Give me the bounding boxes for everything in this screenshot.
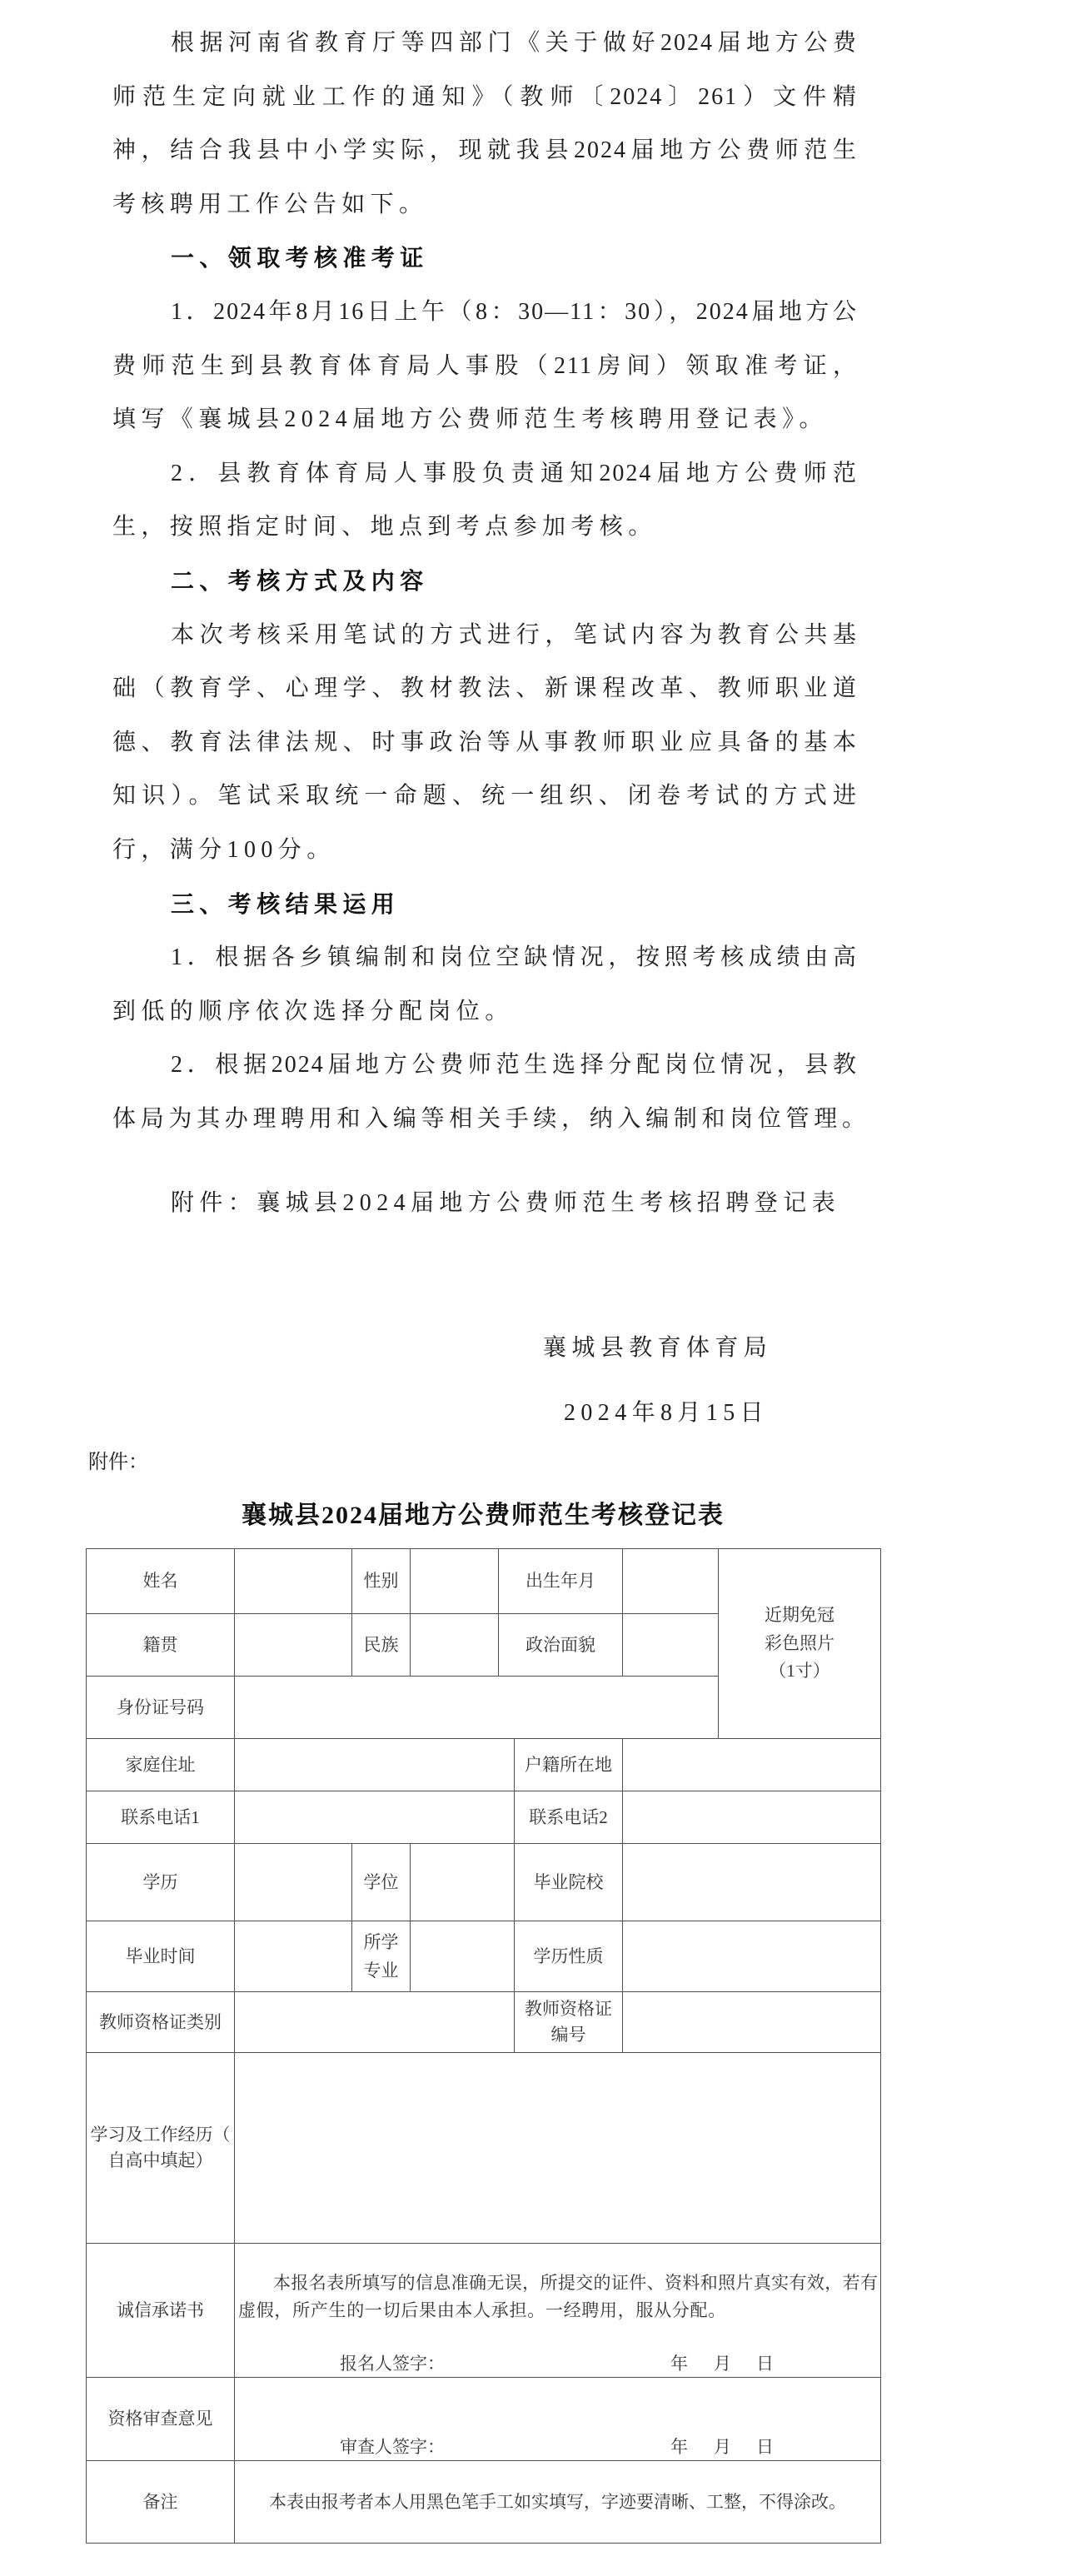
field-cert-number: [623, 1992, 881, 2053]
applicant-date-year: 年: [670, 2350, 688, 2378]
label-graduate-school: 毕业院校: [515, 1844, 623, 1921]
label-major-line: 所学: [352, 1928, 410, 1956]
form-row-history: 学习及工作经历（ 自高中填起）: [87, 2053, 881, 2244]
reviewer-signature-label: 审查人签字：: [340, 2434, 445, 2461]
field-education-type: [623, 1921, 881, 1992]
label-name: 姓名: [87, 1549, 235, 1614]
label-native-place: 籍贯: [87, 1614, 235, 1677]
notice-line: 1．2024年8月16日上午（8：30—11：30），2024届地方公: [112, 286, 858, 340]
notice-line: 知识）。笔试采取统一命题、统一组织、闭卷考试的方式进: [112, 770, 858, 824]
field-phone1: [235, 1791, 515, 1844]
label-major: 所学 专业: [352, 1921, 411, 1992]
notice-line: 础（教育学、心理学、教材教法、新课程改革、教师职业道: [112, 662, 858, 716]
integrity-statement: 本报名表所填写的信息准确无误，所提交的证件、资料和照片真实有效，若有 虚假，所产…: [238, 2270, 878, 2324]
notice-line: 2．县教育体育局人事股负责通知2024届地方公费师范: [112, 447, 858, 501]
issue-date: 2024年8月15日: [564, 1387, 769, 1440]
label-political-status: 政治面貌: [499, 1614, 623, 1677]
label-review: 资格审查意见: [87, 2378, 235, 2461]
notice-line: 体局为其办理聘用和入编等相关手续，纳入编制和岗位管理。: [112, 1093, 867, 1147]
notice-line: 本次考核采用笔试的方式进行，笔试内容为教育公共基: [112, 609, 858, 663]
notice-line: 生，按照指定时间、地点到考点参加考核。: [112, 501, 858, 555]
label-gender: 性别: [352, 1549, 411, 1614]
label-birth: 出生年月: [499, 1549, 623, 1614]
label-history-line: 学习及工作经历（: [87, 2122, 234, 2148]
form-row-address: 家庭住址 户籍所在地: [87, 1739, 881, 1791]
notice-line: 行，满分100分。: [112, 824, 858, 878]
review-date-year: 年: [670, 2434, 688, 2461]
applicant-signature-label: 报名人签字：: [340, 2350, 445, 2378]
field-history: [235, 2053, 881, 2244]
integrity-statement-line: 虚假，所产生的一切后果由本人承担。一经聘用，服从分配。: [238, 2297, 878, 2324]
notice-line: 费师范生到县教育体育局人事股（211房间）领取准考证，: [112, 340, 858, 394]
label-cert-number: 教师资格证 编号: [515, 1992, 623, 2053]
label-cert-number-line: 编号: [515, 2022, 622, 2048]
label-history-line: 自高中填起）: [87, 2148, 234, 2174]
field-gender: [411, 1549, 499, 1614]
integrity-statement-line: 本报名表所填写的信息准确无误，所提交的证件、资料和照片真实有效，若有: [238, 2270, 878, 2297]
form-row-certificate: 教师资格证类别 教师资格证 编号: [87, 1992, 881, 2053]
notice-line: 2．根据2024届地方公费师范生选择分配岗位情况，县教: [112, 1039, 858, 1093]
form-row-remarks: 备注 本表由报考者本人用黑色笔手工如实填写，字迹要清晰、工整，不得涂改。: [87, 2461, 881, 2544]
label-degree: 学位: [352, 1844, 411, 1921]
form-row-education: 学历 学位 毕业院校: [87, 1844, 881, 1921]
label-id-number: 身份证号码: [87, 1677, 235, 1739]
field-name: [235, 1549, 352, 1614]
applicant-date-month: 月: [714, 2350, 731, 2378]
issuer-signature: 襄城县教育体育局: [543, 1322, 772, 1375]
field-cert-type: [235, 1992, 515, 2053]
photo-note-line: 近期免冠: [719, 1602, 880, 1630]
label-education: 学历: [87, 1844, 235, 1921]
form-row-phone: 联系电话1 联系电话2: [87, 1791, 881, 1844]
attachment-note: 附件：襄城县2024届地方公费师范生考核招聘登记表: [171, 1177, 840, 1230]
photo-note-line: 彩色照片: [719, 1630, 880, 1658]
photo-cell: 近期免冠 彩色照片 （1寸）: [719, 1549, 881, 1739]
integrity-content: 本报名表所填写的信息准确无误，所提交的证件、资料和照片真实有效，若有 虚假，所产…: [235, 2244, 881, 2378]
field-native-place: [235, 1614, 352, 1677]
field-id-number: [235, 1677, 719, 1739]
notice-line: 填写《襄城县2024届地方公费师范生考核聘用登记表》。: [112, 393, 858, 447]
notice-line: 到低的顺序依次选择分配岗位。: [112, 985, 858, 1039]
form-title: 襄城县2024届地方公费师范生考核登记表: [86, 1499, 880, 1532]
field-graduate-school: [623, 1844, 881, 1921]
notice-line: 师范生定向就业工作的通知》（教师〔2024〕261）文件精: [112, 71, 858, 125]
applicant-date-day: 日: [756, 2350, 774, 2378]
field-birth: [623, 1549, 719, 1614]
remarks-text: 本表由报考者本人用黑色笔手工如实填写，字迹要清晰、工整，不得涂改。: [235, 2461, 881, 2544]
registration-form-table: 姓名 性别 出生年月 近期免冠 彩色照片 （1寸） 籍贯 民族 政治面貌 身份证…: [86, 1548, 881, 2544]
review-box: 审查人签字： 年 月 日: [235, 2379, 880, 2460]
section-heading-1: 一、领取考核准考证: [112, 232, 858, 286]
attachment-label: 附件：: [88, 1449, 148, 1476]
notice-body: 根据河南省教育厅等四部门《关于做好2024届地方公费 师范生定向就业工作的通知》…: [112, 17, 858, 1146]
label-cert-number-line: 教师资格证: [515, 1996, 622, 2022]
section-heading-3: 三、考核结果运用: [112, 878, 858, 932]
label-household-registration: 户籍所在地: [515, 1739, 623, 1791]
field-education: [235, 1844, 352, 1921]
label-phone2: 联系电话2: [515, 1791, 623, 1844]
label-education-type: 学历性质: [515, 1921, 623, 1992]
form-row-integrity: 诚信承诺书 本报名表所填写的信息准确无误，所提交的证件、资料和照片真实有效，若有…: [87, 2244, 881, 2378]
label-history: 学习及工作经历（ 自高中填起）: [87, 2053, 235, 2244]
notice-line: 1．根据各乡镇编制和岗位空缺情况，按照考核成绩由高: [112, 931, 858, 985]
field-graduation-time: [235, 1921, 352, 1992]
field-major: [411, 1921, 515, 1992]
field-phone2: [623, 1791, 881, 1844]
label-integrity: 诚信承诺书: [87, 2244, 235, 2378]
label-major-line: 专业: [352, 1956, 410, 1985]
notice-line: 考核聘用工作公告如下。: [112, 178, 858, 232]
label-phone1: 联系电话1: [87, 1791, 235, 1844]
field-political-status: [623, 1614, 719, 1677]
notice-line: 神，结合我县中小学实际，现就我县2024届地方公费师范生: [112, 124, 858, 178]
field-household-registration: [623, 1739, 881, 1791]
field-home-address: [235, 1739, 515, 1791]
label-home-address: 家庭住址: [87, 1739, 235, 1791]
label-graduation-time: 毕业时间: [87, 1921, 235, 1992]
section-heading-2: 二、考核方式及内容: [112, 555, 858, 609]
photo-note-line: （1寸）: [719, 1657, 880, 1686]
form-row-review: 资格审查意见 审查人签字： 年 月 日: [87, 2378, 881, 2461]
label-remarks: 备注: [87, 2461, 235, 2544]
form-row-graduation: 毕业时间 所学 专业 学历性质: [87, 1921, 881, 1992]
form-row-name: 姓名 性别 出生年月 近期免冠 彩色照片 （1寸）: [87, 1549, 881, 1614]
review-content: 审查人签字： 年 月 日: [235, 2378, 881, 2461]
review-date-month: 月: [714, 2434, 731, 2461]
field-ethnicity: [411, 1614, 499, 1677]
label-ethnicity: 民族: [352, 1614, 411, 1677]
review-date-day: 日: [756, 2434, 774, 2461]
notice-line: 德、教育法律法规、时事政治等从事教师职业应具备的基本: [112, 716, 858, 770]
label-cert-type: 教师资格证类别: [87, 1992, 235, 2053]
field-degree: [411, 1844, 515, 1921]
notice-line: 根据河南省教育厅等四部门《关于做好2024届地方公费: [112, 17, 858, 71]
integrity-box: 本报名表所填写的信息准确无误，所提交的证件、资料和照片真实有效，若有 虚假，所产…: [235, 2245, 880, 2377]
